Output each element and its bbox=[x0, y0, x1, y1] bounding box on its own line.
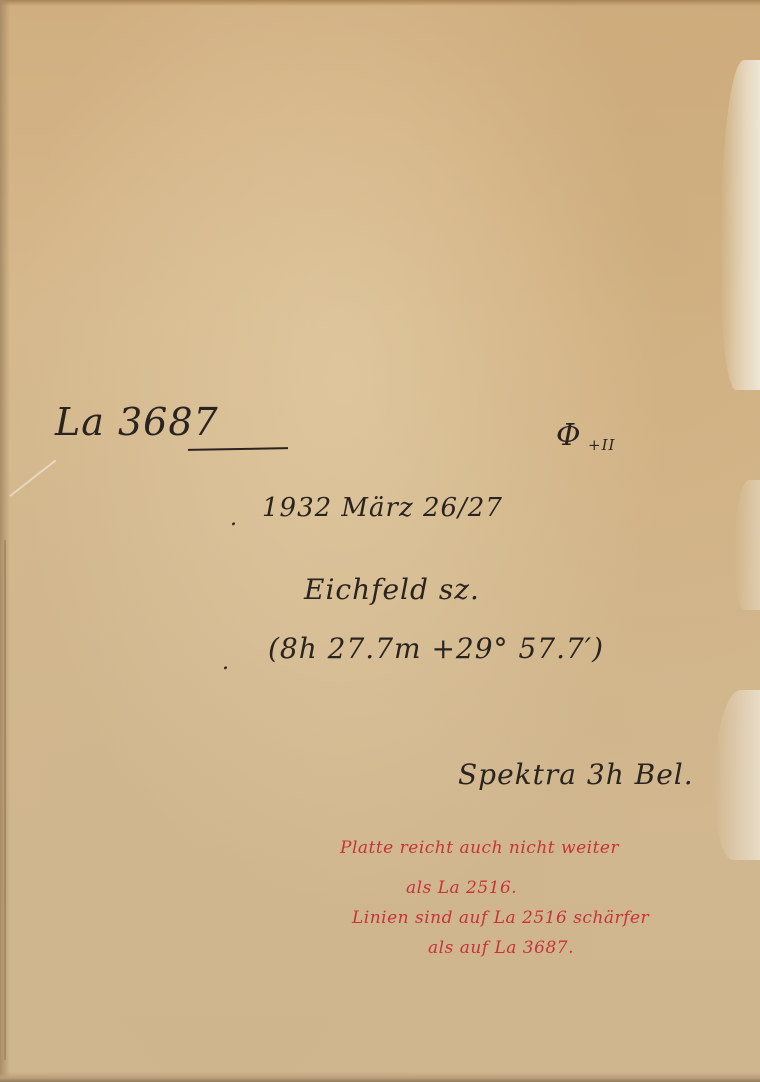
top-edge bbox=[0, 0, 760, 6]
margin-dot: . bbox=[222, 650, 230, 675]
observer-name: Eichfeld sz. bbox=[304, 573, 480, 606]
observation-date: 1932 März 26/27 bbox=[262, 493, 503, 523]
plate-mark-suffix: +II bbox=[588, 436, 615, 454]
plate-mark-symbol: Φ bbox=[556, 418, 582, 453]
red-annotation-line: Linien sind auf La 2516 schärfer bbox=[352, 908, 649, 928]
coordinates: (8h 27.7m +29° 57.7′) bbox=[268, 632, 604, 665]
torn-edge-lower-right bbox=[714, 690, 760, 860]
catalog-underline bbox=[188, 447, 288, 451]
red-annotation-line: als auf La 3687. bbox=[428, 938, 574, 958]
red-annotation-line: Platte reicht auch nicht weiter bbox=[340, 838, 619, 858]
catalog-id: La 3687 bbox=[55, 400, 219, 444]
bottom-edge bbox=[0, 1072, 760, 1082]
red-annotation-line: als La 2516. bbox=[406, 878, 517, 898]
torn-edge-middle-right bbox=[734, 480, 760, 610]
torn-edge-top-right bbox=[720, 60, 760, 390]
spectra-note: Spektra 3h Bel. bbox=[458, 758, 694, 791]
paper-crease bbox=[9, 460, 56, 497]
envelope-sheet: La 3687 Φ +II . 1932 März 26/27 Eichfeld… bbox=[0, 0, 760, 1082]
margin-dot: . bbox=[230, 506, 238, 531]
left-fold-line bbox=[4, 540, 6, 1060]
